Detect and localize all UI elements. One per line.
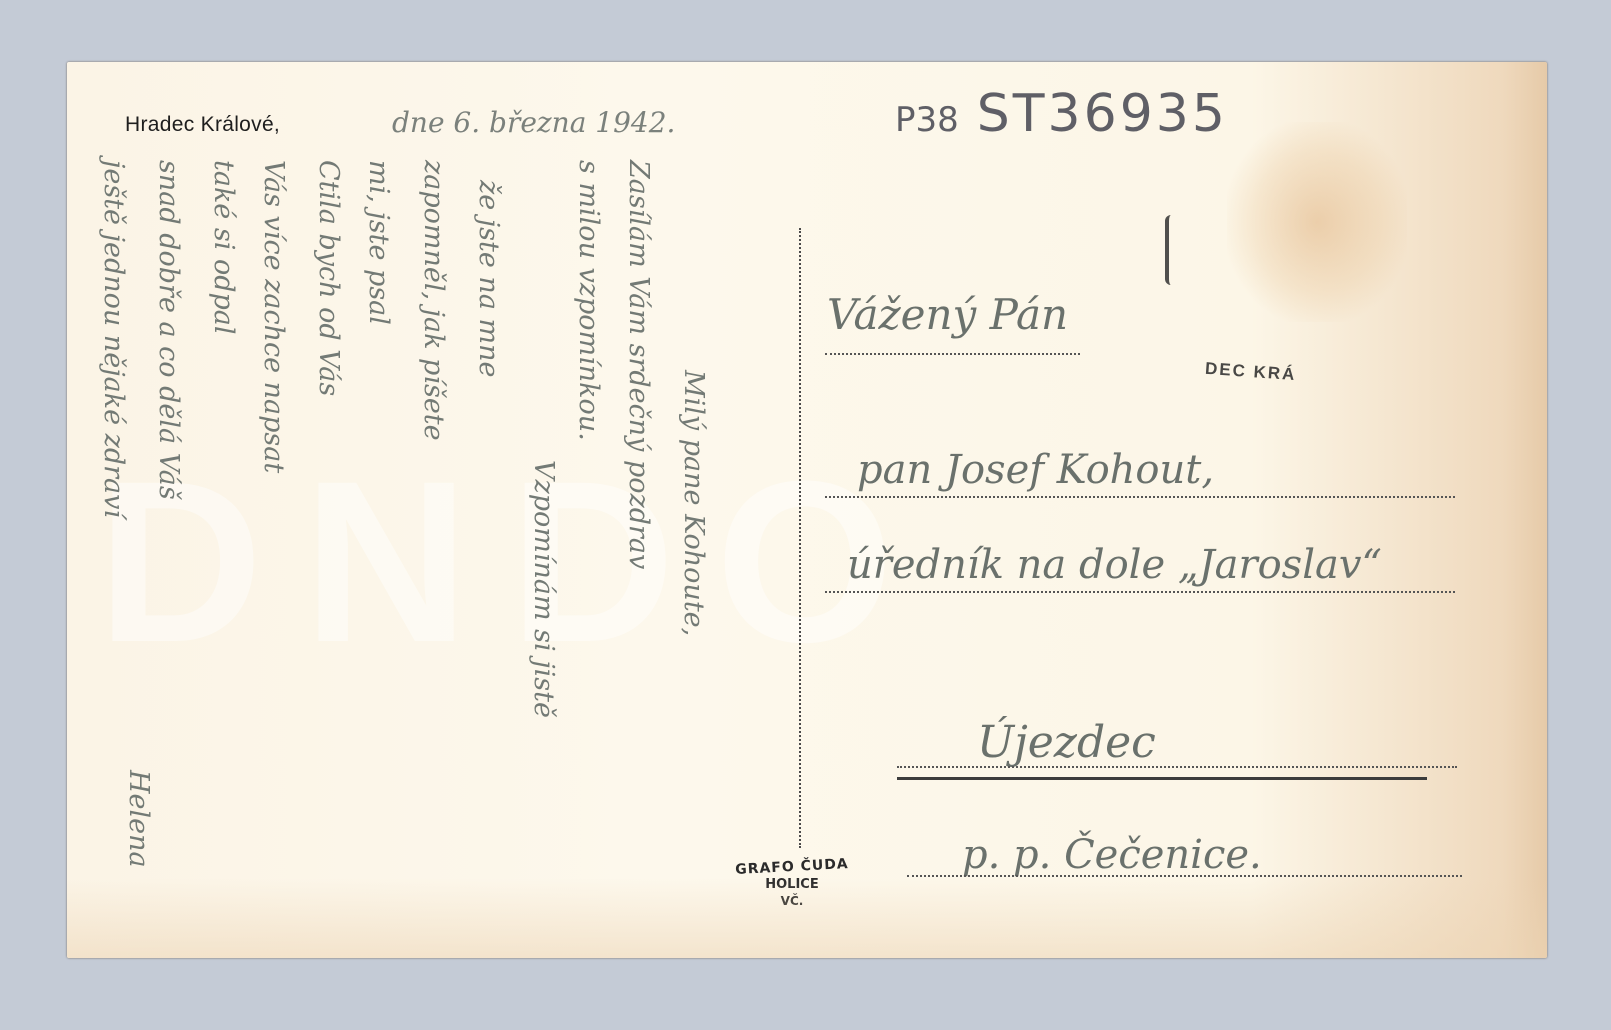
message-line: Milý pane Kohoute,	[680, 370, 707, 636]
message-line: Vás více zachce napsat	[260, 160, 287, 473]
address-dotted-line	[825, 496, 1455, 498]
address-line-occupation: úředník na dole „Jaroslav“	[847, 542, 1382, 588]
address-town-underline	[897, 777, 1427, 780]
message-line: ještě jednou nějaké zdraví	[100, 160, 127, 518]
center-divider	[799, 228, 801, 848]
printer-mark: GRAFO ČUDA HOLICE VČ.	[727, 859, 857, 910]
message-line: zapomněl, jak píšete	[420, 160, 447, 441]
message-line: snad dobře a co dělá Váš	[155, 160, 182, 500]
address-line-name: pan Josef Kohout,	[857, 447, 1214, 493]
inventory-note: P38ST36935	[895, 84, 1228, 144]
address-dotted-line	[825, 353, 1080, 355]
printer-town: HOLICE	[727, 876, 857, 893]
postmark-text: DEC KRÁ	[1204, 359, 1297, 385]
handwritten-date: dne 6. března 1942.	[392, 106, 675, 139]
address-line-post-office: p. p. Čečenice.	[962, 832, 1262, 878]
postmark-arc	[1165, 215, 1179, 285]
message-line: s milou vzpomínkou.	[575, 160, 602, 441]
postcard: DNDO Hradec Králové, dne 6. března 1942.…	[67, 62, 1547, 958]
age-stain	[1227, 122, 1407, 322]
message-line: také si odpal	[210, 160, 237, 335]
handwritten-message: Milý pane Kohoute, Zasílám Vám srdečný p…	[75, 160, 755, 950]
message-line: Vzpomínám si jistě	[530, 460, 557, 718]
message-line: Ctila bych od Vás	[315, 160, 342, 396]
message-signature: Helena	[125, 770, 152, 868]
message-line: Zasílám Vám srdečný pozdrav	[625, 160, 652, 569]
printed-place-name: Hradec Králové,	[125, 113, 280, 137]
message-line: mi, jste psal	[365, 160, 392, 325]
address-salutation: Vážený Pán	[827, 290, 1068, 339]
message-line: že jste na mne	[475, 180, 502, 377]
address-line-town: Újezdec	[977, 717, 1156, 768]
inventory-code: ST36935	[977, 84, 1228, 144]
printer-region: VČ.	[727, 893, 857, 910]
address-dotted-line	[907, 875, 1462, 877]
address-dotted-line	[825, 591, 1455, 593]
address-dotted-line	[897, 766, 1457, 768]
inventory-prefix: P38	[895, 100, 959, 140]
